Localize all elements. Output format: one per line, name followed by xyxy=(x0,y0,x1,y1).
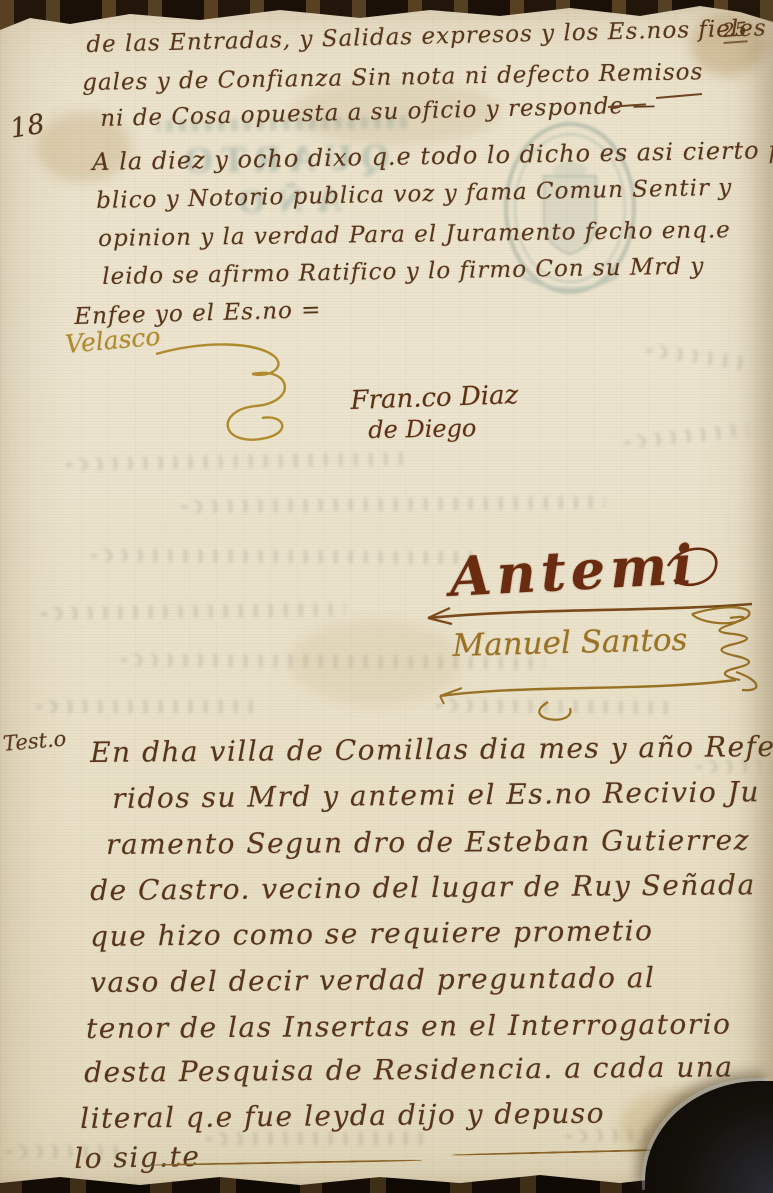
manuscript-scan: QUARTO AÑO 18 25 Test.o de las Entradas xyxy=(0,0,773,1193)
manuscript-line: de las Entradas, y Salidas expresos y lo… xyxy=(86,15,773,58)
paper-stain xyxy=(36,112,131,182)
manuscript-line: leido se afirmo Ratifico y lo firmo Con … xyxy=(102,253,705,290)
verso-bleedthrough-line xyxy=(430,699,670,715)
paper-stain xyxy=(690,14,765,76)
stamp-word-ano: AÑO xyxy=(128,180,439,223)
stamp-word-quarto: QUARTO xyxy=(127,135,438,183)
fiscal-stamp-bleedthrough: QUARTO AÑO xyxy=(127,115,440,270)
paper-stain xyxy=(290,80,500,145)
manuscript-line: Enfee yo el Es.no = xyxy=(74,297,322,330)
manuscript-line: ridos su Mrd y antemi el Es.no Recivio J… xyxy=(112,775,760,815)
manuscript-line: vaso del decir verdad preguntado al xyxy=(90,961,656,999)
velasco-rubric-flourish xyxy=(96,340,346,465)
seal-ghost xyxy=(492,116,657,316)
signature-francisco-diaz-line2: de Diego xyxy=(368,414,477,444)
ink-dash xyxy=(656,93,702,99)
signature-antemi: Antemi xyxy=(448,532,699,609)
manuscript-line: desta Pesquisa de Residencia. a cada una xyxy=(84,1050,734,1089)
margin-note-testigo: Test.o xyxy=(2,726,67,755)
manuscript-line: A la diez y ocho dixo q.e todo lo dicho … xyxy=(92,136,773,176)
corner-folio-number: 25 xyxy=(722,18,748,44)
verso-bleedthrough-line xyxy=(640,342,751,370)
manuscript-line: tenor de las Insertas en el Interrogator… xyxy=(86,1007,732,1045)
stamp-smalltext-blur xyxy=(157,116,407,132)
manuscript-line: que hizo como se requiere prometio xyxy=(90,914,654,953)
manuscript-line: gales y de Confianza Sin nota ni defecto… xyxy=(82,59,704,96)
manuscript-line: lo sig.te xyxy=(74,1140,201,1175)
manuscript-line: ramento Segun dro de Esteban Gutierrez xyxy=(106,824,750,861)
verso-bleedthrough-line xyxy=(30,700,260,713)
verso-bleedthrough-line xyxy=(0,1145,120,1158)
margin-folio-number: 18 xyxy=(8,109,47,145)
verso-bleedthrough-line xyxy=(115,653,545,670)
manuscript-line: En dha villa de Comillas dia mes y año R… xyxy=(90,730,773,769)
verso-bleedthrough-line xyxy=(175,496,605,514)
verso-bleedthrough-line xyxy=(618,423,749,450)
closing-dash xyxy=(152,1159,422,1166)
manuscript-line: ni de Cosa opuesta a su oficio y respond… xyxy=(100,92,657,132)
verso-bleedthrough-line xyxy=(200,1132,430,1145)
paper-stain xyxy=(290,620,460,705)
verso-bleedthrough-line xyxy=(35,603,345,620)
verso-bleedthrough-line xyxy=(690,760,760,773)
verso-bleedthrough-line xyxy=(85,549,475,565)
verso-bleedthrough-line xyxy=(60,452,410,471)
antemi-flourish xyxy=(420,538,770,638)
ink-dash xyxy=(608,103,646,108)
signature-velasco: Velasco xyxy=(64,322,162,359)
manuscript-line: de Castro. vecino del lugar de Ruy Señad… xyxy=(90,868,756,907)
signature-francisco-diaz-line1: Fran.co Diaz xyxy=(350,380,519,416)
manuscript-line: blico y Notorio publica voz y fama Comun… xyxy=(96,175,733,214)
signature-manuel-santos: Manuel Santos xyxy=(452,622,688,664)
manuscript-page: QUARTO AÑO 18 25 Test.o de las Entradas xyxy=(0,0,773,1193)
manuscript-line: opinion y la verdad Para el Juramento fe… xyxy=(98,217,731,252)
manuel-santos-rubric xyxy=(430,598,773,713)
manuscript-line: literal q.e fue leyda dijo y depuso xyxy=(80,1097,605,1135)
